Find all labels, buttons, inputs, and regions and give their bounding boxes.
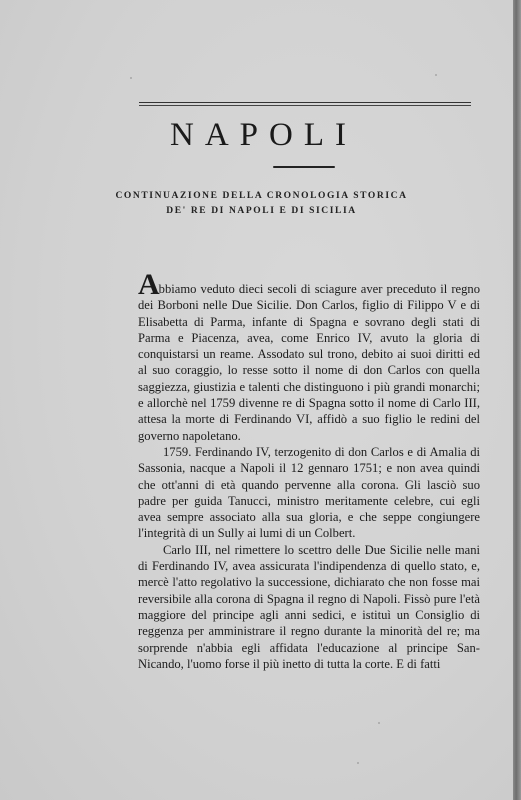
paper-speck (378, 722, 380, 724)
paragraph-1: Abbiamo veduto dieci secoli di sciagure … (138, 277, 480, 444)
paper-speck (435, 74, 437, 76)
subtitle-line-1: CONTINUAZIONE DELLA CRONOLOGIA STORICA (10, 189, 513, 204)
paper-speck (357, 762, 359, 764)
book-page: NAPOLI CONTINUAZIONE DELLA CRONOLOGIA ST… (0, 0, 513, 800)
paragraph-2: 1759. Ferdinando IV, terzogenito di don … (138, 444, 480, 542)
paragraph-1-text: bbiamo veduto dieci secoli di sciagure a… (138, 282, 480, 443)
page-title: NAPOLI (0, 117, 513, 154)
paragraph-3: Carlo III, nel rimettere lo scettro dell… (138, 542, 480, 672)
body-text: Abbiamo veduto dieci secoli di sciagure … (138, 277, 480, 672)
subtitle-line-2: DE' RE DI NAPOLI E DI SICILIA (10, 204, 513, 219)
book-page-edge (513, 0, 521, 800)
drop-cap: A (138, 268, 159, 301)
section-subtitle: CONTINUAZIONE DELLA CRONOLOGIA STORICA D… (0, 189, 513, 219)
title-ornament-rule (273, 166, 335, 168)
paper-speck (130, 77, 132, 79)
header-double-rule (139, 102, 471, 106)
